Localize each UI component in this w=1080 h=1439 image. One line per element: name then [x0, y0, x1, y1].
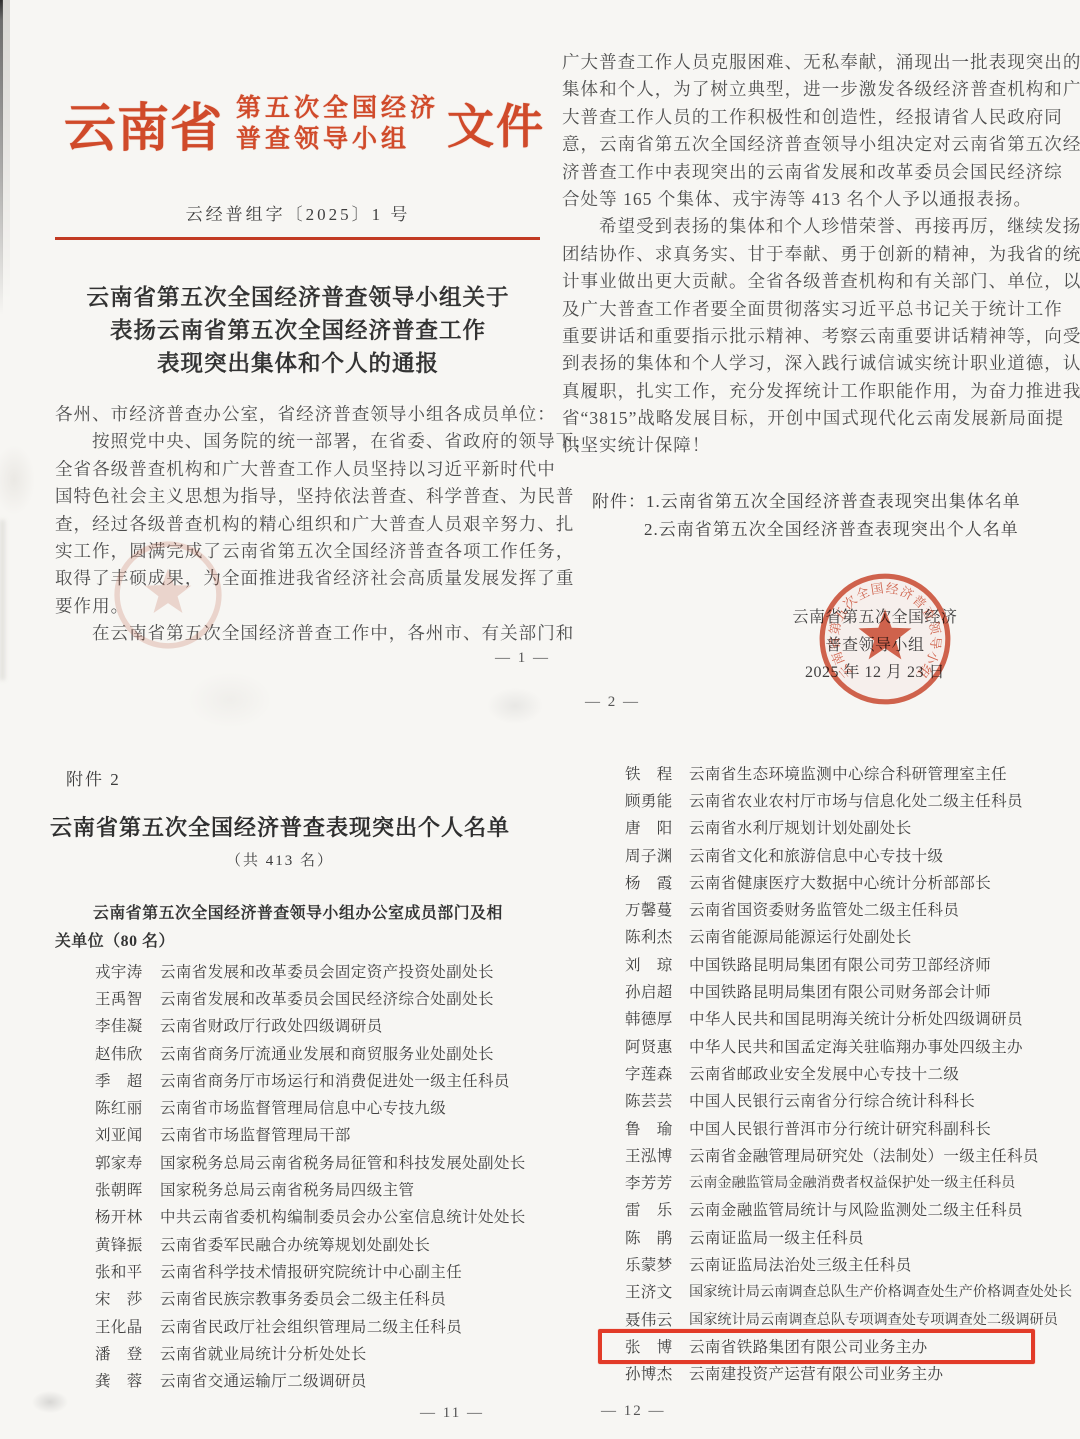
body-line: 供坚实统计保障！: [562, 432, 1052, 459]
person-row: 陈红丽 云南省市场监督管理局信息中心专技九级: [55, 1093, 545, 1120]
person-title: 国家税务总局云南省税务局征管和科技发展处副处长: [160, 1151, 526, 1173]
person-row: 唐 阳 云南省水利厅规划计划处副处长: [545, 814, 1080, 841]
person-title: 云南金融监管局统计与风险监测处二级主任科员: [689, 1198, 1023, 1220]
person-name: 孙启超: [625, 980, 675, 1002]
person-name: 聂伟云: [625, 1308, 675, 1330]
page11-people-list: 戎宇涛 云南省发展和改革委员会固定资产投资处副处长 王禹智 云南省发展和改革委员…: [55, 957, 545, 1394]
person-title: 云南证监局一级主任科员: [689, 1226, 864, 1248]
person-name: 郭家寿: [95, 1151, 145, 1173]
body-line: 各州、市经济普查办公室，省经济普查领导小组各成员单位：: [55, 401, 545, 428]
person-row: 龚 蓉 云南省交通运输厅二级调研员: [55, 1366, 545, 1393]
scanned-document-composite: 云南省 第五次全国经济 普查领导小组 文件 云经普组字〔2025〕1 号 云南省…: [0, 0, 1080, 1439]
person-name: 字莲森: [625, 1062, 675, 1084]
attachment-2-label: 附件 2: [66, 765, 121, 790]
person-row: 陈利杰 云南省能源局能源运行处副处长: [545, 923, 1080, 950]
person-title: 云南省民政厅社会组织管理局二级主任科员: [160, 1315, 462, 1337]
person-row: 季 超 云南省商务厅市场运行和消费促进处一级主任科员: [55, 1066, 545, 1093]
page2-body-text: 广大普查工作人员克服困难、无私奉献，涌现出一批表现突出的集体和个人，为了树立典型…: [562, 49, 1052, 460]
notice-title-line: 表扬云南省第五次全国经济普查工作: [40, 314, 556, 347]
person-name: 陈红丽: [95, 1096, 145, 1118]
person-title: 云南省财政厅行政处四级调研员: [160, 1014, 383, 1036]
person-name: 唐 阳: [625, 816, 675, 838]
person-name: 潘 登: [95, 1342, 145, 1364]
person-name: 杨 霞: [625, 871, 675, 893]
person-row: 潘 登 云南省就业局统计分析处处长: [55, 1339, 545, 1366]
seal-bleed-through: [108, 535, 228, 655]
body-line: 集体和个人，为了树立典型，进一步激发各级经济普查机构和广: [562, 76, 1052, 103]
person-name: 周子渊: [625, 844, 675, 866]
person-row: 孙启超 中国铁路昆明局集团有限公司财务部会计师: [545, 977, 1080, 1004]
person-row: 杨 霞 云南省健康医疗大数据中心统计分析部部长: [545, 868, 1080, 895]
person-name: 王禹智: [95, 987, 145, 1009]
person-name: 李芳芳: [625, 1171, 675, 1193]
person-title: 云南省邮政业安全发展中心专技十二级: [689, 1062, 959, 1084]
person-title: 云南省金融管理局研究处（法制处）一级主任科员: [689, 1144, 1039, 1166]
person-name: 黄锋振: [95, 1233, 145, 1255]
section-heading: 云南省第五次全国经济普查领导小组办公室成员部门及相 关单位（80 名）: [55, 900, 541, 955]
person-title: 云南省委军民融合办统筹规划处副处长: [160, 1233, 430, 1255]
body-line: 团结协作、求真务实、甘于奉献、勇于创新的精神，为我省的统: [562, 241, 1052, 268]
person-row: 张 博 云南省铁路集团有限公司业务主办: [545, 1332, 1080, 1359]
body-line: 查，经过各级普查机构的精心组织和广大普查人员艰辛努力、扎: [55, 511, 545, 538]
person-row: 王济文 国家统计局云南调查总队生产价格调查处生产价格调查处处长: [545, 1278, 1080, 1305]
person-row: 刘亚闻 云南省市场监督管理局干部: [55, 1121, 545, 1148]
person-title: 云南省水利厅规划计划处副处长: [689, 816, 912, 838]
letterhead-document-word: 文件: [447, 90, 545, 157]
page11-number: — 11 —: [420, 1405, 484, 1422]
person-title: 国家统计局云南调查总队专项调查处专项调查处二级调研员: [689, 1309, 1058, 1329]
person-row: 李佳凝 云南省财政厅行政处四级调研员: [55, 1012, 545, 1039]
document-page-2: 广大普查工作人员克服困难、无私奉献，涌现出一批表现突出的集体和个人，为了树立典型…: [545, 0, 1080, 725]
person-name: 张 博: [625, 1335, 675, 1357]
section-heading-line1: 云南省第五次全国经济普查领导小组办公室成员部门及相: [55, 900, 541, 928]
person-name: 阿贤惠: [625, 1035, 675, 1057]
person-name: 万馨蔓: [625, 898, 675, 920]
person-title: 云南省生态环境监测中心综合科研管理室主任: [689, 762, 1007, 784]
person-title: 云南省健康医疗大数据中心统计分析部部长: [689, 871, 991, 893]
letterhead-org-name: 第五次全国经济 普查领导小组: [236, 93, 439, 155]
person-title: 云南省就业局统计分析处处长: [160, 1342, 367, 1364]
person-row: 刘 琼 中国铁路昆明局集团有限公司劳卫部经济师: [545, 950, 1080, 977]
attachment-1: 附件：1.云南省第五次全国经济普查表现突出集体名单: [592, 488, 1021, 516]
person-title: 云南省能源局能源运行处副处长: [689, 925, 912, 947]
person-row: 张和平 云南省科学技术情报研究院统计中心副主任: [55, 1257, 545, 1284]
person-title: 云南省商务厅流通业发展和商贸服务业处副处长: [160, 1042, 494, 1064]
person-name: 陈 鹃: [625, 1226, 675, 1248]
document-number: 云经普组字〔2025〕1 号: [55, 200, 541, 225]
person-name: 李佳凝: [95, 1014, 145, 1036]
person-title: 云南省国资委财务监管处二级主任科员: [689, 898, 959, 920]
person-name: 王济文: [625, 1280, 675, 1302]
person-title: 国家统计局云南调查总队生产价格调查处生产价格调查处处长: [689, 1281, 1072, 1301]
person-row: 王泓博 云南省金融管理局研究处（法制处）一级主任科员: [545, 1141, 1080, 1168]
person-name: 顾勇能: [625, 789, 675, 811]
person-title: 云南省民族宗教事务委员会二级主任科员: [160, 1287, 446, 1309]
person-row: 陈芸芸 中国人民银行云南省分行综合统计科科长: [545, 1087, 1080, 1114]
person-row: 黄锋振 云南省委军民融合办统筹规划处副处长: [55, 1230, 545, 1257]
person-name: 铁 程: [625, 762, 675, 784]
person-row: 字莲森 云南省邮政业安全发展中心专技十二级: [545, 1059, 1080, 1086]
person-row: 杨开林 中共云南省委机构编制委员会办公室信息统计处处长: [55, 1203, 545, 1230]
person-row: 雷 乐 云南金融监管局统计与风险监测处二级主任科员: [545, 1196, 1080, 1223]
person-name: 张和平: [95, 1260, 145, 1282]
person-row: 赵伟欣 云南省商务厅流通业发展和商贸服务业处副处长: [55, 1039, 545, 1066]
attachment-2: 2.云南省第五次全国经济普查表现突出个人名单: [592, 516, 1021, 544]
person-row: 铁 程 云南省生态环境监测中心综合科研管理室主任: [545, 759, 1080, 786]
red-letterhead: 云南省 第五次全国经济 普查领导小组 文件: [64, 86, 542, 161]
official-red-seal: 云南省第五次全国经济普查领导小组: [817, 571, 953, 707]
person-name: 乐蒙梦: [625, 1253, 675, 1275]
body-line: 真履职，扎实工作，充分发挥统计工作职能作用，为奋力推进我: [562, 378, 1052, 405]
person-name: 雷 乐: [625, 1198, 675, 1220]
person-row: 陈 鹃 云南证监局一级主任科员: [545, 1223, 1080, 1250]
person-row: 宋 莎 云南省民族宗教事务委员会二级主任科员: [55, 1285, 545, 1312]
person-title: 云南省商务厅市场运行和消费促进处一级主任科员: [160, 1069, 510, 1091]
notice-title-line: 云南省第五次全国经济普查领导小组关于: [40, 281, 556, 314]
person-title: 中华人民共和国孟定海关驻临翔办事处四级主办: [689, 1035, 1023, 1057]
body-line: 按照党中央、国务院的统一部署，在省委、省政府的领导下，: [55, 428, 545, 455]
person-name: 韩德厚: [625, 1007, 675, 1029]
person-title: 云南省铁路集团有限公司业务主办: [689, 1335, 928, 1357]
person-title: 云南省发展和改革委员会固定资产投资处副处长: [160, 960, 494, 982]
body-line: 济普查工作中表现突出的云南省发展和改革委员会国民经济综: [562, 159, 1052, 186]
page12-number: — 12 —: [601, 1403, 666, 1420]
person-name: 季 超: [95, 1069, 145, 1091]
person-row: 郭家寿 国家税务总局云南省税务局征管和科技发展处副处长: [55, 1148, 545, 1175]
body-line: 国特色社会主义思想为指导，坚持依法普查、科学普查、为民普: [55, 483, 545, 510]
person-title: 中共云南省委机构编制委员会办公室信息统计处处长: [160, 1205, 526, 1227]
person-row: 顾勇能 云南省农业农村厅市场与信息化处二级主任科员: [545, 786, 1080, 813]
person-row: 聂伟云 国家统计局云南调查总队专项调查处专项调查处二级调研员: [545, 1305, 1080, 1332]
person-title: 云南省科学技术情报研究院统计中心副主任: [160, 1260, 462, 1282]
person-row: 周子渊 云南省文化和旅游信息中心专技十级: [545, 841, 1080, 868]
person-name: 宋 莎: [95, 1287, 145, 1309]
person-title: 中华人民共和国昆明海关统计分析处四级调研员: [689, 1007, 1023, 1029]
person-title: 云南省发展和改革委员会国民经济综合处副处长: [160, 987, 494, 1009]
page1-number: — 1 —: [495, 650, 550, 667]
person-title: 云南金融监管局金融消费者权益保护处一级主任科员: [689, 1172, 1015, 1192]
document-page-12: 铁 程 云南省生态环境监测中心综合科研管理室主任 顾勇能 云南省农业农村厅市场与…: [545, 725, 1080, 1439]
body-line: 重要讲话和重要指示批示精神、考察云南重要讲话精神等，向受: [562, 323, 1052, 350]
body-line: 大普查工作人员的工作积极性和创造性，经报请省人民政府同: [562, 104, 1052, 131]
red-divider-rule: [55, 237, 540, 240]
person-name: 王化晶: [95, 1315, 145, 1337]
person-title: 中国铁路昆明局集团有限公司劳卫部经济师: [689, 953, 991, 975]
person-name: 赵伟欣: [95, 1042, 145, 1064]
letterhead-province: 云南省: [64, 86, 223, 161]
person-row: 张朝晖 国家税务总局云南省税务局四级主管: [55, 1175, 545, 1202]
person-name: 刘 琼: [625, 953, 675, 975]
letterhead-org-line2: 普查领导小组: [236, 124, 439, 155]
page2-number: — 2 —: [585, 694, 640, 711]
notice-title: 云南省第五次全国经济普查领导小组关于表扬云南省第五次全国经济普查工作表现突出集体…: [40, 281, 556, 380]
person-name: 王泓博: [625, 1144, 675, 1166]
person-title: 云南省市场监督管理局干部: [160, 1123, 351, 1145]
person-row: 乐蒙梦 云南证监局法治处三级主任科员: [545, 1250, 1080, 1277]
body-line: 省“3815”战略发展目标，开创中国式现代化云南发展新局面提: [562, 405, 1052, 432]
document-page-1: 云南省 第五次全国经济 普查领导小组 文件 云经普组字〔2025〕1 号 云南省…: [0, 0, 545, 725]
person-row: 孙博杰 云南建投资产运营有限公司业务主办: [545, 1360, 1080, 1387]
person-title: 中国铁路昆明局集团有限公司财务部会计师: [689, 980, 991, 1002]
body-line: 全省各级普查机构和广大普查工作人员坚持以习近平新时代中: [55, 456, 545, 483]
person-name: 孙博杰: [625, 1362, 675, 1384]
person-title: 云南省交通运输厅二级调研员: [160, 1369, 367, 1391]
person-name: 龚 蓉: [95, 1369, 145, 1391]
person-name: 陈芸芸: [625, 1089, 675, 1111]
person-title: 云南省农业农村厅市场与信息化处二级主任科员: [689, 789, 1023, 811]
person-name: 张朝晖: [95, 1178, 145, 1200]
body-line: 及广大普查工作者要全面贯彻落实习近平总书记关于统计工作: [562, 296, 1052, 323]
person-row: 鲁 瑜 中国人民银行普洱市分行统计研究科副科长: [545, 1114, 1080, 1141]
page12-people-list: 铁 程 云南省生态环境监测中心综合科研管理室主任 顾勇能 云南省农业农村厅市场与…: [545, 759, 1080, 1387]
person-name: 刘亚闻: [95, 1123, 145, 1145]
person-title: 云南建投资产运营有限公司业务主办: [689, 1362, 943, 1384]
person-row: 戎宇涛 云南省发展和改革委员会固定资产投资处副处长: [55, 957, 545, 984]
person-title: 中国人民银行云南省分行综合统计科科长: [689, 1089, 975, 1111]
person-title: 中国人民银行普洱市分行统计研究科副科长: [689, 1117, 991, 1139]
person-row: 王化晶 云南省民政厅社会组织管理局二级主任科员: [55, 1312, 545, 1339]
body-line: 广大普查工作人员克服困难、无私奉献，涌现出一批表现突出的: [562, 49, 1052, 76]
person-title: 云南省市场监督管理局信息中心专技九级: [160, 1096, 446, 1118]
document-page-11: 附件 2 云南省第五次全国经济普查表现突出个人名单 （共 413 名） 云南省第…: [0, 725, 545, 1439]
notice-title-line: 表现突出集体和个人的通报: [40, 347, 556, 380]
person-row: 王禹智 云南省发展和改革委员会国民经济综合处副处长: [55, 984, 545, 1011]
section-heading-line2: 关单位（80 名）: [55, 928, 541, 956]
person-title: 云南证监局法治处三级主任科员: [689, 1253, 912, 1275]
person-row: 韩德厚 中华人民共和国昆明海关统计分析处四级调研员: [545, 1005, 1080, 1032]
appendix-title: 云南省第五次全国经济普查表现突出个人名单: [30, 811, 530, 842]
person-title: 国家税务总局云南省税务局四级主管: [160, 1178, 414, 1200]
person-name: 陈利杰: [625, 925, 675, 947]
person-name: 杨开林: [95, 1205, 145, 1227]
body-line: 合处等 165 个集体、戎宇涛等 413 名个人予以通报表扬。: [562, 186, 1052, 213]
person-row: 万馨蔓 云南省国资委财务监管处二级主任科员: [545, 895, 1080, 922]
attachments-list: 附件：1.云南省第五次全国经济普查表现突出集体名单 2.云南省第五次全国经济普查…: [592, 488, 1021, 544]
body-line: 到表扬的集体和个人学习，深入践行诚信诚实统计职业道德，认: [562, 350, 1052, 377]
person-title: 云南省文化和旅游信息中心专技十级: [689, 844, 943, 866]
person-name: 鲁 瑜: [625, 1117, 675, 1139]
person-row: 李芳芳 云南金融监管局金融消费者权益保护处一级主任科员: [545, 1168, 1080, 1195]
body-line: 意，云南省第五次全国经济普查领导小组决定对云南省第五次经: [562, 131, 1052, 158]
body-line: 计事业做出更大贡献。全省各级普查机构和有关部门、单位，以: [562, 268, 1052, 295]
person-name: 戎宇涛: [95, 960, 145, 982]
body-line: 希望受到表扬的集体和个人珍惜荣誉、再接再厉，继续发扬: [562, 213, 1052, 240]
person-row: 阿贤惠 中华人民共和国孟定海关驻临翔办事处四级主办: [545, 1032, 1080, 1059]
appendix-subtitle: （共 413 名）: [30, 849, 530, 870]
letterhead-org-line1: 第五次全国经济: [236, 93, 439, 124]
